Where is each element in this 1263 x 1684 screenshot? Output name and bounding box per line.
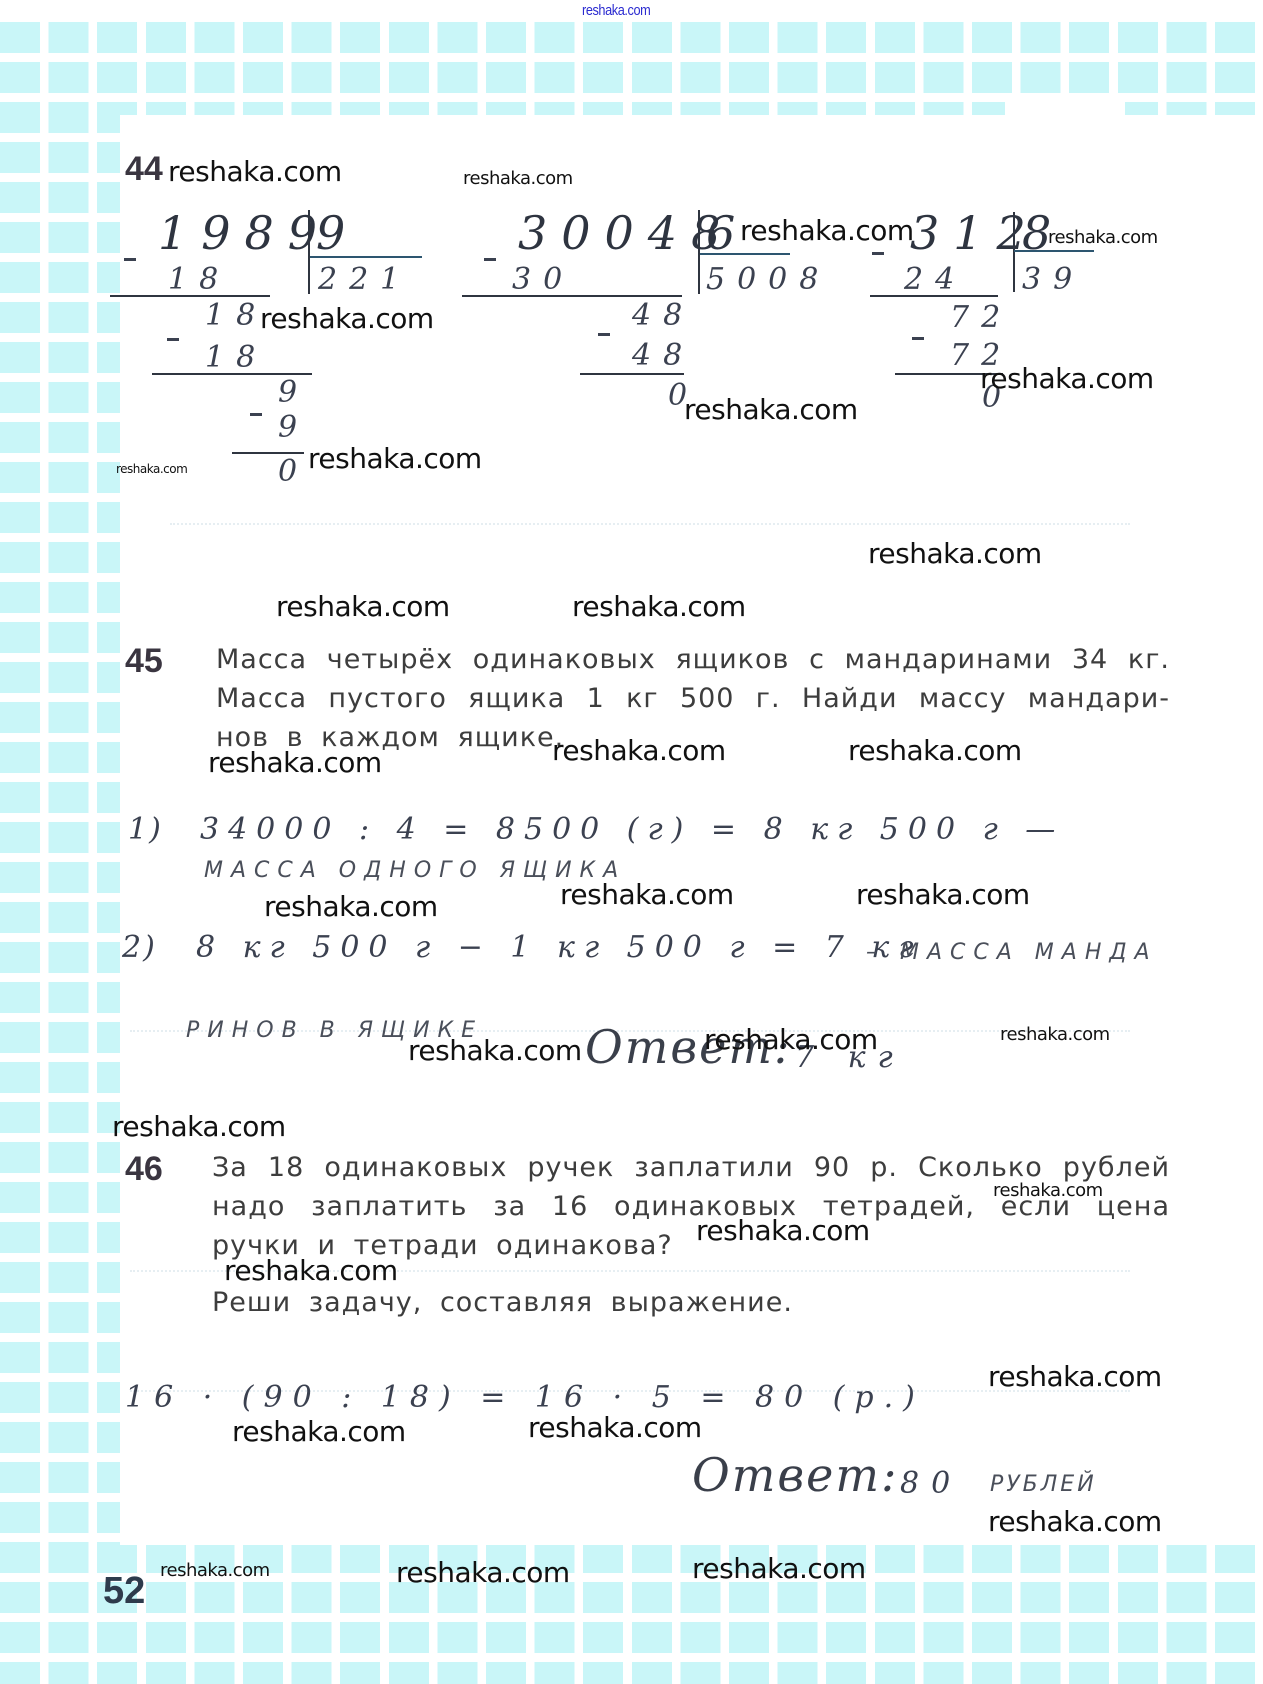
watermark: reshaka.com (704, 1023, 878, 1056)
step-subtrahend: 9 (278, 410, 309, 445)
step-subtrahend: 18 (205, 340, 267, 375)
minus-sign (598, 333, 610, 336)
watermark: reshaka.com (684, 393, 858, 426)
watermark: reshaka.com (1000, 1024, 1110, 1045)
step-line (580, 373, 684, 375)
step-expression: 34000 : 4 = 8500 (г) = 8 кг 500 г — (200, 812, 1064, 847)
watermark: reshaka.com (112, 1110, 286, 1143)
watermark: reshaka.com (463, 168, 573, 189)
final-remainder: 0 (278, 454, 309, 489)
watermark: reshaka.com (260, 302, 434, 335)
watermark: reshaka.com (308, 442, 482, 475)
division-bar (1013, 212, 1015, 292)
watermark: reshaka.com (848, 734, 1022, 767)
watermark: reshaka.com (692, 1552, 866, 1585)
step-label: 2) (122, 930, 157, 965)
step-note: – МАССА МАНДА (866, 940, 1158, 965)
step-remainder: 72 (950, 300, 1012, 335)
step-remainder: 48 (632, 298, 694, 333)
step-expression: 8 кг 500 г − 1 кг 500 г = 7 кг (196, 930, 923, 965)
task-number-45: 45 (125, 642, 163, 681)
step-subtrahend: 24 (904, 262, 966, 297)
page-number: 52 (103, 1570, 145, 1613)
watermark: reshaka.com (396, 1556, 570, 1589)
watermark: reshaka.com (696, 1214, 870, 1247)
quotient: 39 (1022, 262, 1084, 297)
watermark: reshaka.com (572, 590, 746, 623)
watermark: reshaka.com (116, 462, 187, 476)
minus-sign (167, 338, 179, 341)
watermark: reshaka.com (224, 1254, 398, 1287)
step-remainder: 18 (205, 298, 267, 333)
minus-sign (250, 413, 262, 416)
watermark: reshaka.com (208, 746, 382, 779)
watermark: reshaka.com (856, 878, 1030, 911)
answer-unit: РУБЛЕЙ (990, 1472, 1097, 1497)
watermark: reshaka.com (408, 1034, 582, 1067)
watermark: reshaka.com (160, 1560, 270, 1581)
watermark: reshaka.com (980, 362, 1154, 395)
divisor-underline (310, 256, 422, 258)
step-remainder: 9 (278, 375, 309, 410)
quotient: 5008 (706, 262, 830, 297)
step-line (462, 295, 682, 297)
task-number-46: 46 (125, 1150, 163, 1189)
division-bar (308, 210, 310, 294)
watermark: reshaka.com (988, 1505, 1162, 1538)
task-number-44: 44 (125, 150, 163, 189)
task-text-line: Масса пустого ящика 1 кг 500 г. Найди ма… (216, 679, 1170, 718)
task-text-line: Масса четырёх одинаковых ящиков с мандар… (216, 640, 1170, 679)
watermark: reshaka.com (988, 1360, 1162, 1393)
step-subtrahend: 48 (632, 338, 694, 373)
dividend: 1989 (158, 206, 331, 260)
site-mark[interactable]: reshaka.com (582, 2, 650, 19)
watermark: reshaka.com (276, 590, 450, 623)
answer-label: Ответ: (692, 1448, 898, 1502)
dotted-line (170, 523, 1130, 526)
watermark: reshaka.com (868, 537, 1042, 570)
task-46-text: За 18 одинаковых ручек заплатили 90 р. С… (212, 1148, 1170, 1265)
step-label: 1) (128, 812, 163, 847)
watermark: reshaka.com (740, 214, 914, 247)
panel-corner (1005, 100, 1125, 130)
watermark: reshaka.com (993, 1180, 1103, 1201)
step-line (870, 295, 998, 297)
watermark: reshaka.com (264, 890, 438, 923)
divisor-underline (700, 253, 790, 255)
divisor: 9 (316, 206, 359, 260)
minus-sign (124, 258, 136, 261)
division-bar (698, 210, 700, 294)
step-line (110, 295, 270, 297)
minus-sign (484, 258, 496, 261)
watermark: reshaka.com (560, 878, 734, 911)
answer-value: 80 (900, 1466, 962, 1501)
step-subtrahend: 18 (168, 262, 230, 297)
instruction-text: Реши задачу, составляя выражение. (212, 1283, 912, 1322)
quotient: 221 (318, 262, 411, 297)
solution-expression: 16 · (90 : 18) = 16 · 5 = 80 (р.) (125, 1380, 925, 1415)
dividend: 30048 (518, 206, 734, 260)
watermark: reshaka.com (552, 734, 726, 767)
divisor-underline (1014, 250, 1094, 252)
minus-sign (872, 252, 884, 255)
step-subtrahend: 30 (512, 262, 574, 297)
watermark: reshaka.com (1048, 227, 1158, 248)
minus-sign (912, 337, 924, 340)
watermark: reshaka.com (168, 155, 342, 188)
watermark: reshaka.com (232, 1415, 406, 1448)
task-46-instruction: Реши задачу, составляя выражение. (212, 1283, 912, 1322)
watermark: reshaka.com (528, 1411, 702, 1444)
